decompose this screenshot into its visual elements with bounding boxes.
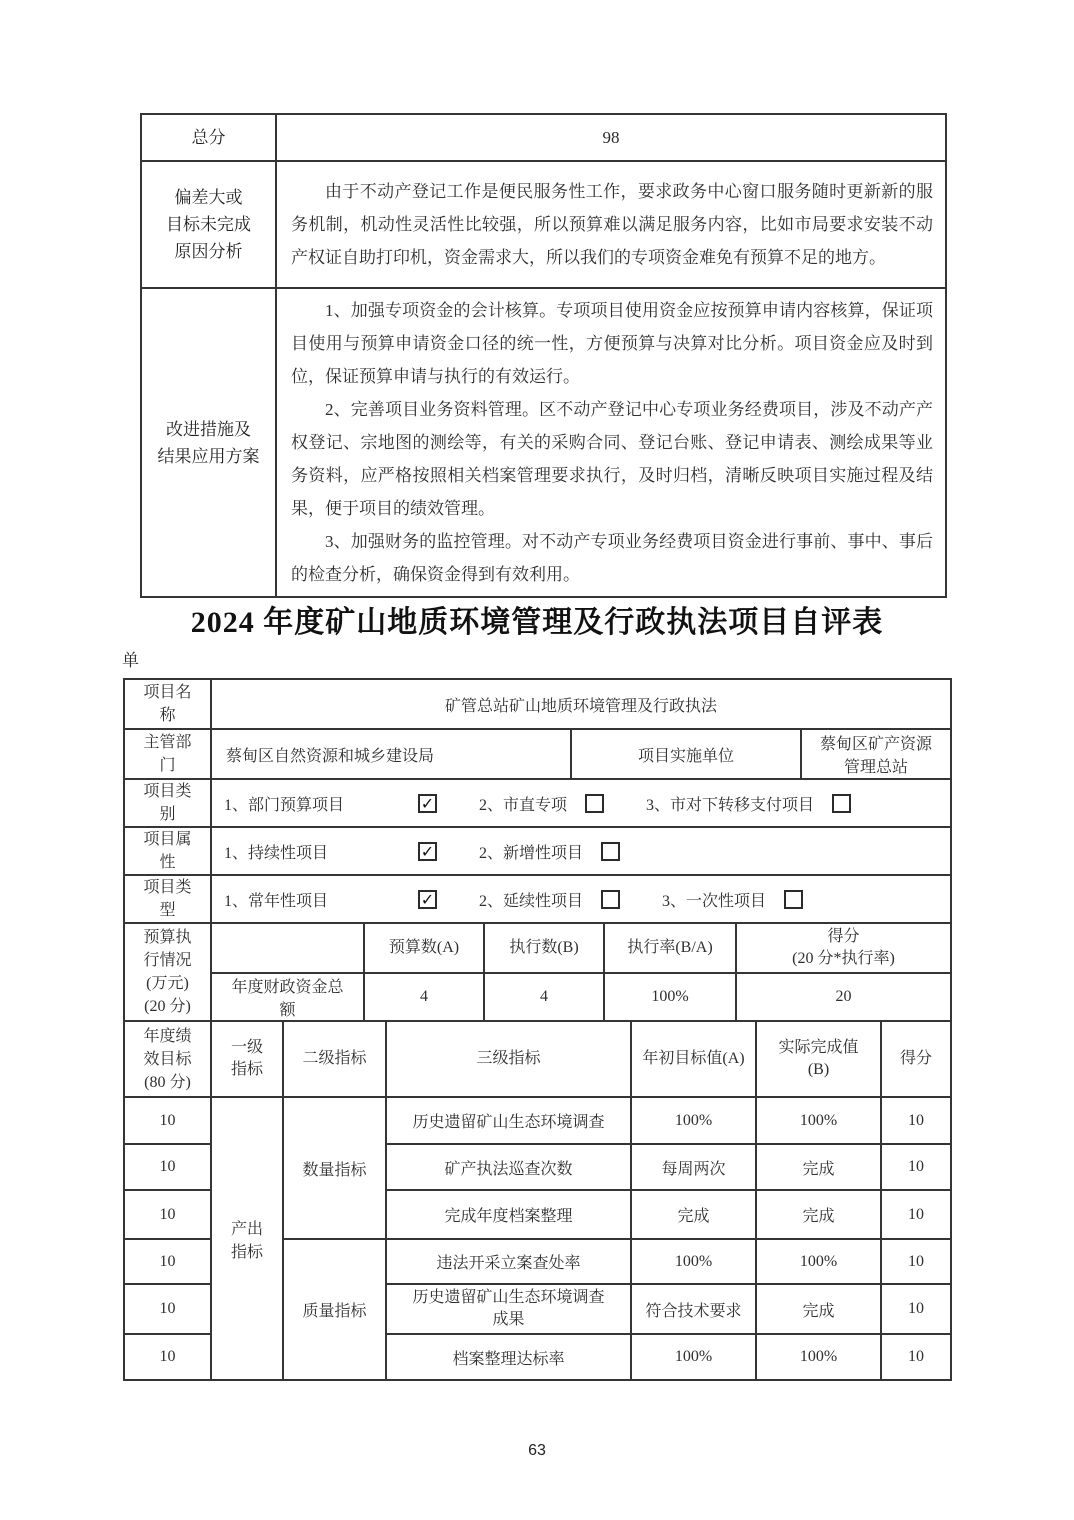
attribute-options-cell: 1、持续性项目 ✓ 2、新增性项目 <box>211 827 951 875</box>
level2-quality-label: 质量指标 <box>283 1239 386 1380</box>
table-row: 总分 98 <box>141 114 946 161</box>
table-row: 预算执 行情况 (万元) (20 分) 预算数(A) 执行数(B) 执行率(B/… <box>124 923 951 973</box>
checkbox-empty-icon <box>784 890 803 909</box>
target-value: 每周两次 <box>631 1144 756 1190</box>
actual-col-header: 实际完成值 (B) <box>756 1021 881 1097</box>
table-row: 项目类 别 1、部门预算项目 ✓ 2、市直专项 3、市对下转移支付项目 <box>124 779 951 827</box>
option-transfer-payment: 3、市对下转移支付项目 <box>646 792 851 815</box>
weight-value: 10 <box>124 1334 211 1380</box>
basic-info-grid: 项目名 称 矿管总站矿山地质环境管理及行政执法 主管部 门 蔡甸区自然资源和城乡… <box>123 678 952 924</box>
exec-value: 4 <box>484 973 604 1021</box>
performance-goals-grid: 年度绩 效目标 (80 分) 一级 指标 二级指标 三级指标 年初目标值(A) … <box>123 1020 952 1381</box>
weight-value: 10 <box>124 1284 211 1334</box>
target-value: 完成 <box>631 1190 756 1239</box>
improvement-paragraph: 3、加强财务的监控管理。对不动产专项业务经费项目资金进行事前、事中、事后的检查分… <box>291 525 933 591</box>
performance-section-label: 年度绩 效目标 (80 分) <box>124 1021 211 1097</box>
summary-table-grid: 总分 98 偏差大或 目标未完成 原因分析 由于不动产登记工作是便民服务性工作，… <box>140 113 947 598</box>
table-row: 10 产出 指标 数量指标 历史遗留矿山生态环境调查 100% 100% 10 <box>124 1097 951 1144</box>
level3-col-header: 三级指标 <box>386 1021 631 1097</box>
option-label: 1、部门预算项目 <box>224 792 384 815</box>
table-row: 项目名 称 矿管总站矿山地质环境管理及行政执法 <box>124 679 951 729</box>
project-name-value: 矿管总站矿山地质环境管理及行政执法 <box>211 679 951 729</box>
budget-col-header: 预算数(A) <box>364 923 484 973</box>
actual-value: 完成 <box>756 1144 881 1190</box>
weight-value: 10 <box>124 1144 211 1190</box>
checkbox-checked-icon: ✓ <box>418 890 437 909</box>
option-dept-budget-project: 1、部门预算项目 ✓ <box>224 792 437 815</box>
deviation-analysis-label: 偏差大或 目标未完成 原因分析 <box>141 161 276 288</box>
score-value: 10 <box>881 1284 951 1334</box>
option-label: 1、常年性项目 <box>224 888 384 911</box>
indicator-name: 矿产执法巡查次数 <box>386 1144 631 1190</box>
actual-value: 100% <box>756 1239 881 1284</box>
option-continuation-project: 2、延续性项目 <box>479 888 620 911</box>
unit-prefix-text: 单 <box>122 646 139 671</box>
indicator-name: 历史遗留矿山生态环境调查 成果 <box>386 1284 631 1334</box>
dept-label: 主管部 门 <box>124 729 211 779</box>
score-col-header: 得分 (20 分*执行率) <box>736 923 951 973</box>
score-value: 10 <box>881 1239 951 1284</box>
target-value: 符合技术要求 <box>631 1284 756 1334</box>
option-city-special: 2、市直专项 <box>479 792 604 815</box>
self-evaluation-table: 项目名 称 矿管总站矿山地质环境管理及行政执法 主管部 门 蔡甸区自然资源和城乡… <box>123 678 950 1381</box>
rate-col-header: 执行率(B/A) <box>604 923 736 973</box>
target-value: 100% <box>631 1097 756 1144</box>
table-row: 项目属 性 1、持续性项目 ✓ 2、新增性项目 <box>124 827 951 875</box>
score-col-header: 得分 <box>881 1021 951 1097</box>
rate-value: 100% <box>604 973 736 1021</box>
actual-value: 100% <box>756 1334 881 1380</box>
indicator-name: 历史遗留矿山生态环境调查 <box>386 1097 631 1144</box>
budget-value: 4 <box>364 973 484 1021</box>
annual-funds-label: 年度财政资金总 额 <box>211 973 364 1021</box>
page-title: 2024 年度矿山地质环境管理及行政执法项目自评表 <box>0 597 1074 641</box>
score-value: 10 <box>881 1190 951 1239</box>
option-label: 2、新增性项目 <box>479 840 583 863</box>
option-label: 3、一次性项目 <box>662 888 766 911</box>
budget-section-label: 预算执 行情况 (万元) (20 分) <box>124 923 211 1021</box>
table-row: 偏差大或 目标未完成 原因分析 由于不动产登记工作是便民服务性工作，要求政务中心… <box>141 161 946 288</box>
summary-table: 总分 98 偏差大或 目标未完成 原因分析 由于不动产登记工作是便民服务性工作，… <box>140 113 947 598</box>
table-row: 年度绩 效目标 (80 分) 一级 指标 二级指标 三级指标 年初目标值(A) … <box>124 1021 951 1097</box>
weight-value: 10 <box>124 1097 211 1144</box>
type-options-cell: 1、常年性项目 ✓ 2、延续性项目 3、一次性项目 <box>211 875 951 923</box>
attribute-label: 项目属 性 <box>124 827 211 875</box>
indicator-name: 档案整理达标率 <box>386 1334 631 1380</box>
checkbox-checked-icon: ✓ <box>418 794 437 813</box>
deviation-analysis-cell: 由于不动产登记工作是便民服务性工作，要求政务中心窗口服务随时更新新的服务机制，机… <box>276 161 946 288</box>
budget-empty-cell <box>211 923 364 973</box>
improvement-paragraph: 2、完善项目业务资料管理。区不动产登记中心专项业务经费项目，涉及不动产产权登记、… <box>291 393 933 525</box>
impl-unit-label: 项目实施单位 <box>571 729 801 779</box>
indicator-name: 完成年度档案整理 <box>386 1190 631 1239</box>
checkbox-empty-icon <box>832 794 851 813</box>
category-label: 项目类 别 <box>124 779 211 827</box>
total-score-label: 总分 <box>141 114 276 161</box>
table-row: 项目类 型 1、常年性项目 ✓ 2、延续性项目 3、一次性项目 <box>124 875 951 923</box>
category-options-cell: 1、部门预算项目 ✓ 2、市直专项 3、市对下转移支付项目 <box>211 779 951 827</box>
level2-col-header: 二级指标 <box>283 1021 386 1097</box>
option-label: 1、持续性项目 <box>224 840 384 863</box>
actual-value: 完成 <box>756 1284 881 1334</box>
score-value: 20 <box>736 973 951 1021</box>
table-row: 年度财政资金总 额 4 4 100% 20 <box>124 973 951 1021</box>
page-number: 63 <box>0 1442 1074 1460</box>
indicator-name: 违法开采立案查处率 <box>386 1239 631 1284</box>
table-row: 主管部 门 蔡甸区自然资源和城乡建设局 项目实施单位 蔡甸区矿产资源 管理总站 <box>124 729 951 779</box>
budget-execution-grid: 预算执 行情况 (万元) (20 分) 预算数(A) 执行数(B) 执行率(B/… <box>123 922 952 1022</box>
option-label: 2、市直专项 <box>479 792 567 815</box>
weight-value: 10 <box>124 1190 211 1239</box>
option-label: 2、延续性项目 <box>479 888 583 911</box>
type-label: 项目类 型 <box>124 875 211 923</box>
level1-indicator-value: 产出 指标 <box>211 1097 283 1380</box>
deviation-analysis-text: 由于不动产登记工作是便民服务性工作，要求政务中心窗口服务随时更新新的服务机制，机… <box>291 175 933 274</box>
impl-unit-value: 蔡甸区矿产资源 管理总站 <box>801 729 951 779</box>
target-value: 100% <box>631 1334 756 1380</box>
improvement-plan-cell: 1、加强专项资金的会计核算。专项项目使用资金应按预算申请内容核算，保证项目使用与… <box>276 288 946 597</box>
actual-value: 完成 <box>756 1190 881 1239</box>
exec-col-header: 执行数(B) <box>484 923 604 973</box>
actual-value: 100% <box>756 1097 881 1144</box>
target-col-header: 年初目标值(A) <box>631 1021 756 1097</box>
total-score-value: 98 <box>276 114 946 161</box>
project-name-label: 项目名 称 <box>124 679 211 729</box>
table-row: 改进措施及 结果应用方案 1、加强专项资金的会计核算。专项项目使用资金应按预算申… <box>141 288 946 597</box>
target-value: 100% <box>631 1239 756 1284</box>
option-continuous-project: 1、持续性项目 ✓ <box>224 840 437 863</box>
checkbox-empty-icon <box>601 842 620 861</box>
checkbox-empty-icon <box>585 794 604 813</box>
option-new-project: 2、新增性项目 <box>479 840 620 863</box>
option-perennial-project: 1、常年性项目 ✓ <box>224 888 437 911</box>
weight-value: 10 <box>124 1239 211 1284</box>
dept-value: 蔡甸区自然资源和城乡建设局 <box>211 729 571 779</box>
level2-quantity-label: 数量指标 <box>283 1097 386 1239</box>
option-one-time-project: 3、一次性项目 <box>662 888 803 911</box>
checkbox-empty-icon <box>601 890 620 909</box>
improvement-paragraph: 1、加强专项资金的会计核算。专项项目使用资金应按预算申请内容核算，保证项目使用与… <box>291 294 933 393</box>
level1-col-header: 一级 指标 <box>211 1021 283 1097</box>
score-value: 10 <box>881 1144 951 1190</box>
score-value: 10 <box>881 1097 951 1144</box>
score-value: 10 <box>881 1334 951 1380</box>
improvement-plan-label: 改进措施及 结果应用方案 <box>141 288 276 597</box>
option-label: 3、市对下转移支付项目 <box>646 792 814 815</box>
checkbox-checked-icon: ✓ <box>418 842 437 861</box>
document-page: 总分 98 偏差大或 目标未完成 原因分析 由于不动产登记工作是便民服务性工作，… <box>0 0 1074 1520</box>
